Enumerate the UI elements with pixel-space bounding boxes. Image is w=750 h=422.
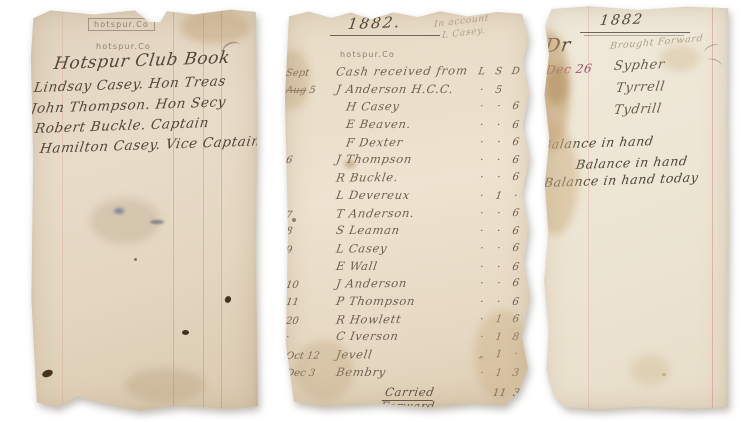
member-name: Jevell [323, 346, 474, 361]
amount-s: 1 [489, 190, 508, 202]
member-name: Tyrrell [615, 79, 666, 96]
amount-d: 6 [506, 154, 525, 166]
amount-l: · [472, 136, 491, 148]
amount-d: · [506, 190, 525, 202]
amount-s: · [489, 225, 508, 237]
ledger-row: Oct 12 Jevell „ 1 · [285, 346, 526, 366]
date-cell: 10 [285, 280, 325, 291]
amount-d: 6 [506, 206, 525, 218]
amount-d: 3 [506, 367, 525, 379]
member-name: J Anderson H.C.C. [323, 82, 474, 96]
amount-s: 11 [490, 387, 509, 399]
amount-d: 6 [506, 136, 525, 148]
member-name: T Anderson. [323, 205, 474, 220]
page2-cash-ledger: 1882. In account L Casey. hotspur.Co Sep… [284, 10, 532, 408]
amount-l: · [472, 278, 491, 290]
struck-date: Aug [285, 85, 307, 96]
date-cell: Oct 12 [285, 351, 325, 362]
member-name: E Wall [323, 259, 474, 273]
photo-of-ledger-pages: hotspur.Co hotspur.Co Hotspur Club Book … [0, 0, 750, 422]
amount-d: 6 [506, 171, 525, 183]
amount-l: · [472, 101, 491, 113]
speck [182, 330, 189, 335]
amount-d: 6 [506, 296, 525, 308]
amount-l: · [472, 242, 491, 254]
member-name: P Thompson [323, 294, 474, 308]
ruled-line [221, 8, 222, 412]
amount-l: „ [472, 348, 491, 360]
officer-line: John Thompson. Hon Secy [30, 94, 227, 117]
member-name: L Devereux [323, 188, 474, 202]
ledger-header-row: Sept Cash received from L S D [285, 63, 526, 83]
stain [125, 368, 205, 402]
page3-balance-page: 1882 Dr Brought Forward Dec 26 Sypher Ty… [540, 5, 729, 411]
stain [90, 198, 160, 244]
date-cell: Sept [285, 68, 325, 79]
officer-line: Lindsay Casey. Hon Treas [33, 73, 227, 96]
amount-l: · [472, 84, 491, 96]
stain [630, 355, 670, 385]
page1-paper: hotspur.Co hotspur.Co Hotspur Club Book … [30, 8, 258, 412]
amount-s: 5 [489, 84, 508, 96]
amount-s: 1 [489, 348, 508, 360]
ledger-row: 11 P Thompson · · 6 [285, 294, 526, 312]
balance-line: Balance in hand [575, 153, 689, 172]
amount-d: 6 [506, 225, 525, 237]
page1-club-book: hotspur.Co hotspur.Co Hotspur Club Book … [30, 8, 258, 412]
ledger-row: 7 T Anderson. · · 6 [285, 204, 526, 224]
amount-l: · [472, 367, 491, 379]
heading-underline [580, 32, 690, 33]
club-book-title: Hotspur Club Book [53, 48, 232, 74]
amount-d: · [506, 348, 525, 360]
date-cell: 9 [285, 245, 325, 256]
ledger-row: H Casey · · 6 [285, 98, 526, 118]
amount-l: · [472, 261, 491, 273]
amount-s: · [489, 261, 508, 273]
ledger-row: 20 R Howlett · 1 6 [285, 311, 526, 331]
col-shillings: S [489, 66, 508, 77]
amount-l: · [472, 331, 491, 343]
amount-d: 3 [507, 387, 526, 399]
amount-l: · [472, 313, 491, 325]
amount-l: · [472, 225, 491, 237]
edge-scribble [705, 57, 723, 71]
stain [180, 10, 250, 44]
balance-line: Balance in hand today [543, 170, 700, 190]
ledger-row: Dec 3 Bembry · 1 3 [285, 365, 526, 383]
amount-d: 6 [506, 242, 525, 254]
date-cell: Aug 5 [285, 85, 325, 96]
amount-d: 6 [506, 261, 525, 273]
ledger-rows: Sept Cash received from L S D Aug 5 J An… [286, 64, 524, 382]
ledger-row: E Wall · · 6 [285, 259, 526, 277]
member-name: Sypher [613, 57, 666, 74]
amount-d: 6 [506, 119, 525, 131]
member-name: F Dexter [323, 134, 474, 149]
amount-s: · [489, 207, 508, 219]
date-cell: Dec 3 [285, 368, 325, 379]
member-name: J Thompson [323, 152, 474, 166]
amount-l: · [472, 171, 491, 183]
amount-s: · [489, 277, 508, 289]
date-cell: · [285, 332, 325, 343]
year-heading: 1882. [347, 13, 403, 33]
amount-d: 8 [506, 331, 525, 343]
ledger-row: L Devereux · 1 · [285, 188, 526, 206]
col-pounds: L [472, 66, 491, 77]
amount-s: 1 [489, 331, 508, 343]
amount-d: 6 [506, 277, 525, 289]
member-name: C Iverson [323, 329, 474, 343]
speck [41, 368, 54, 378]
ledger-row: Aug 5 J Anderson H.C.C. · 5 [285, 82, 526, 100]
amount-d: 6 [506, 313, 525, 325]
member-name: R Buckle. [323, 170, 474, 185]
member-name: R Howlett [323, 311, 474, 326]
speck [662, 373, 666, 376]
ledger-row: 6 J Thompson · · 6 [285, 152, 526, 170]
amount-l: · [472, 296, 491, 308]
date-cell: 11 [285, 297, 325, 308]
amount-s: · [489, 154, 508, 166]
ledger-row: 10 J Anderson · · 6 [285, 275, 526, 295]
ledger-row: 9 L Casey · · 6 [285, 240, 526, 260]
officer-line: Robert Buckle. Captain [34, 115, 210, 137]
amount-s: · [489, 136, 508, 148]
member-name: E Beaven. [323, 117, 474, 131]
date-cell: 6 [285, 155, 325, 166]
member-name: H Casey [323, 99, 474, 114]
member-name: Tydrill [613, 101, 663, 118]
amount-s: · [489, 119, 508, 131]
hotspur-stamp: hotspur.Co [340, 50, 395, 59]
page2-paper: 1882. In account L Casey. hotspur.Co Sep… [284, 10, 532, 408]
ledger-row: · C Iverson · 1 8 [285, 329, 526, 347]
carried-forward-label: Carried Forward [322, 385, 475, 408]
date-cell: 8 [285, 226, 325, 237]
amount-s: · [489, 100, 508, 112]
member-name: L Casey [323, 240, 474, 255]
speck [224, 295, 233, 304]
dr-abbrev: Dr [543, 34, 572, 57]
year-heading: 1882 [599, 11, 645, 29]
member-name: Bembry [323, 365, 474, 379]
speck [134, 258, 137, 261]
page3-paper: 1882 Dr Brought Forward Dec 26 Sypher Ty… [540, 5, 729, 411]
balance-line: Balance in hand [541, 133, 655, 152]
member-name: S Leaman [323, 223, 474, 237]
date-text: 5 [308, 85, 316, 96]
hotspur-stamp: hotspur.Co [96, 42, 151, 51]
amount-l: · [472, 190, 491, 202]
date-cell: 20 [285, 315, 325, 326]
amount-s: 1 [489, 313, 508, 325]
member-name: J Anderson [323, 276, 474, 291]
carried-forward-text: Carried Forward [379, 385, 442, 408]
stain [660, 45, 700, 71]
amount-l: · [472, 119, 491, 131]
ledger-row: R Buckle. · · 6 [285, 169, 526, 189]
edge-scribble [703, 42, 721, 57]
amount-s: · [489, 171, 508, 183]
ledger-row: 8 S Leaman · · 6 [285, 223, 526, 241]
amount-s: 1 [489, 367, 508, 379]
amount-l: · [472, 154, 491, 166]
amount-s: · [489, 242, 508, 254]
carried-forward-row: Carried Forward 11 3 [284, 385, 526, 408]
ledger-row: E Beaven. · · 6 [285, 117, 526, 135]
hotspur-stamp-boxed: hotspur.Co [88, 18, 155, 31]
date-cell: 7 [285, 209, 325, 220]
amount-l: · [472, 207, 491, 219]
ink-smudge [114, 208, 124, 214]
amount-s: · [489, 296, 508, 308]
ledger-row: F Dexter · · 6 [285, 134, 526, 154]
officer-line: Hamilton Casey. Vice Captain [39, 133, 258, 157]
entry-date: Dec 26 [545, 61, 593, 77]
ledger-label: Cash received from [323, 63, 474, 78]
col-pence: D [506, 66, 525, 77]
ink-smudge [150, 220, 164, 224]
amount-d: 6 [506, 100, 525, 112]
heading-underline [330, 35, 440, 36]
